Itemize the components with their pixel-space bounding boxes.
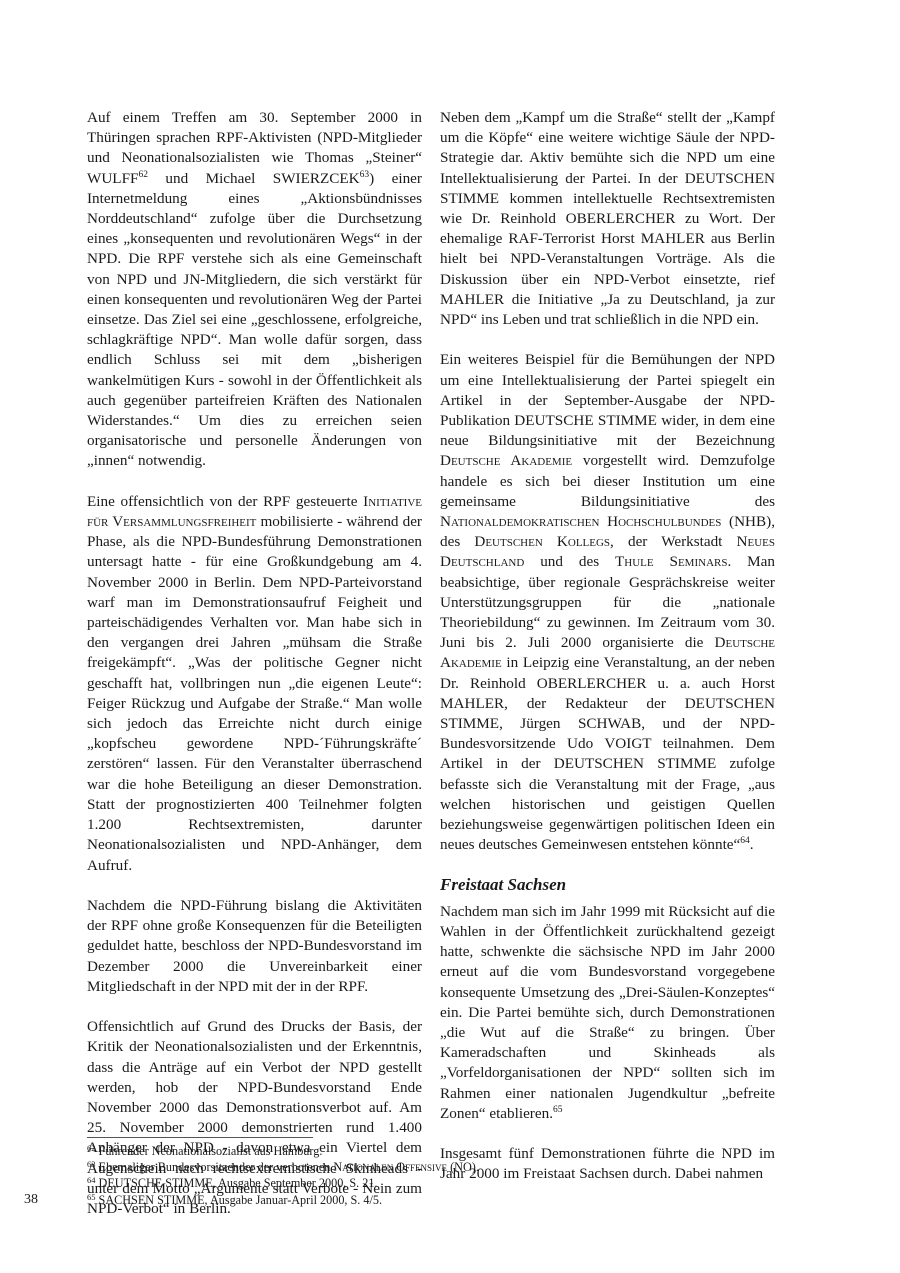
organization-name: Deutsche Akademie xyxy=(440,452,572,469)
left-column: Auf einem Treffen am 30. September 2000 … xyxy=(87,108,422,1239)
organization-name: Nationalen Offensive xyxy=(333,1160,447,1174)
paragraph-initiative: Eine offensichtlich von der RPF gesteuer… xyxy=(87,492,422,876)
text: Eine offensichtlich von der RPF gesteuer… xyxy=(87,493,363,510)
footnote-62: 62 Führender Neonationalsozialist aus Ha… xyxy=(87,1143,479,1159)
text: . xyxy=(750,836,754,853)
paragraph-demonstrationen-sachsen: Insgesamt fünf Demonstrationen führte di… xyxy=(440,1144,775,1184)
footnote-number: 62 xyxy=(87,1143,96,1153)
page-number: 38 xyxy=(24,1192,38,1208)
paragraph-unvereinbarkeit: Nachdem die NPD-Führung bislang die Akti… xyxy=(87,896,422,997)
footnote-text: (NO). xyxy=(447,1160,479,1174)
footnote-ref-65[interactable]: 65 xyxy=(553,1105,563,1115)
footnote-ref-64[interactable]: 64 xyxy=(740,836,750,846)
text: Nachdem man sich im Jahr 1999 mit Rücksi… xyxy=(440,903,775,1122)
text: in Leipzig eine Veranstaltung, an der ne… xyxy=(440,654,775,853)
text: ) einer Internetmeldung eines „Aktionsbü… xyxy=(87,170,422,470)
footnote-text: SACHSEN STIMME, Ausgabe Januar-April 200… xyxy=(99,1193,382,1207)
paragraph-kampf-um-koepfe: Neben dem „Kampf um die Straße“ stellt d… xyxy=(440,108,775,330)
footnote-divider xyxy=(87,1137,313,1138)
right-column: Neben dem „Kampf um die Straße“ stellt d… xyxy=(440,108,775,1205)
footnote-number: 63 xyxy=(87,1159,96,1169)
footnote-ref-63[interactable]: 63 xyxy=(360,170,370,180)
text: , der Werkstadt xyxy=(610,533,736,550)
organization-name: Thule Seminars xyxy=(615,553,727,570)
paragraph-sachsen-npd: Nachdem man sich im Jahr 1999 mit Rücksi… xyxy=(440,902,775,1124)
text: und Michael SWIERZCEK xyxy=(148,170,360,187)
footnote-number: 65 xyxy=(87,1192,96,1202)
footnote-number: 64 xyxy=(87,1175,96,1185)
text: Ein weiteres Beispiel für die Bemühungen… xyxy=(440,351,775,449)
organization-name: Nationaldemokratischen Hochschulbundes xyxy=(440,513,721,530)
footnote-text: Ehemaliger Bundesvorsitzender der verbot… xyxy=(99,1160,334,1174)
paragraph-rpf-meeting: Auf einem Treffen am 30. September 2000 … xyxy=(87,108,422,472)
footnote-text: Führender Neonationalsozialist aus Hambu… xyxy=(99,1144,323,1158)
organization-name: Deutschen Kollegs xyxy=(474,533,610,550)
text: mobilisierte - während der Phase, als di… xyxy=(87,513,422,873)
footnote-ref-62[interactable]: 62 xyxy=(138,170,148,180)
footnotes: 62 Führender Neonationalsozialist aus Ha… xyxy=(87,1143,479,1208)
paragraph-deutsche-akademie: Ein weiteres Beispiel für die Bemühungen… xyxy=(440,350,775,855)
footnote-text: DEUTSCHE STIMME, Ausgabe September 2000,… xyxy=(99,1176,378,1190)
section-heading-freistaat-sachsen: Freistaat Sachsen xyxy=(440,874,775,896)
text: und des xyxy=(524,553,615,570)
footnote-63: 63 Ehemaliger Bundesvorsitzender der ver… xyxy=(87,1159,479,1175)
footnote-65: 65 SACHSEN STIMME, Ausgabe Januar-April … xyxy=(87,1192,479,1208)
footnote-64: 64 DEUTSCHE STIMME, Ausgabe September 20… xyxy=(87,1175,479,1191)
